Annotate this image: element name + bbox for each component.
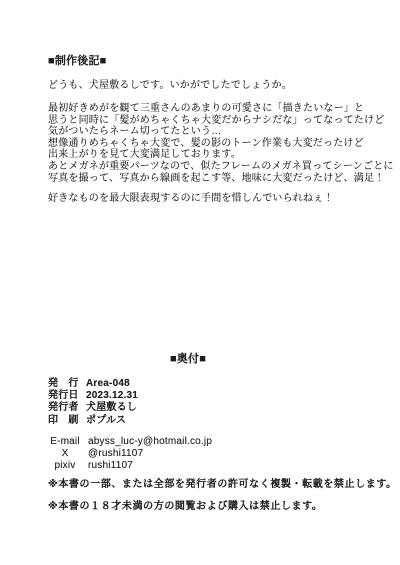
colophon-label: 発行日: [48, 390, 82, 402]
contact-row-email: E-mail abyss_luc-y@hotmail.co.jp: [48, 436, 212, 448]
contact-value-email: abyss_luc-y@hotmail.co.jp: [88, 436, 212, 448]
afterword-body-line: 最初好きめがを観て三重さんのあまりの可愛さに「描きたいなー」と: [48, 103, 394, 115]
colophon-contacts: E-mail abyss_luc-y@hotmail.co.jp X @rush…: [48, 436, 212, 473]
colophon-label: 発 行: [48, 378, 82, 390]
contact-label-pixiv: pixiv: [48, 460, 82, 472]
colophon-value: 犬屋敷るし: [86, 402, 137, 414]
afterword-body-line: あとメガネが重要パーツなので、似たフレームのメガネ買ってシーンごとに: [48, 161, 394, 173]
notice-no-reproduction: ※本書の一部、または全部を発行者の許可なく複製・転載を禁止します。: [48, 479, 397, 491]
contact-value-pixiv: rushi1107: [88, 460, 133, 472]
colophon-value: Area-048: [86, 378, 130, 390]
afterword-body-line: 想像通りめちゃくちゃ大変で、髪の影のトーン作業も大変だったけど: [48, 138, 394, 150]
afterword-closing-line: 好きなものを最大限表現するのに手間を惜しんでいられねぇ！: [48, 193, 334, 205]
colophon-section-title: ■奥付■: [0, 354, 376, 366]
colophon-value: ポプルス: [86, 415, 126, 427]
afterword-section-title: ■制作後記■: [48, 56, 107, 68]
afterword-greeting: どうも、犬屋敷るしです。いかがでしたでしょうか。: [48, 80, 292, 92]
scanned-afterword-page: ■制作後記■ どうも、犬屋敷るしです。いかがでしたでしょうか。 最初好きめがを観…: [0, 0, 400, 565]
afterword-body-line: 気がついたらネーム切ってたという…: [48, 126, 394, 138]
colophon-label: 印 刷: [48, 415, 82, 427]
contact-row-x: X @rushi1107: [48, 448, 212, 460]
colophon-value: 2023.12.31: [86, 390, 138, 402]
notice-age-restriction: ※本書の１８才未満の方の閲覧および購入は禁止します。: [48, 501, 323, 513]
colophon-row-printer: 印 刷 ポプルス: [48, 415, 138, 427]
colophon-label: 発行者: [48, 402, 82, 414]
colophon-row-publisher: 発 行 Area-048: [48, 378, 138, 390]
afterword-body: 最初好きめがを観て三重さんのあまりの可愛さに「描きたいなー」と 思うと同時に「髪…: [48, 103, 394, 184]
afterword-body-line: 写真を撮って、写真から線画を起こす等、地味に大変だったけど、満足！: [48, 173, 394, 185]
contact-label-x: X: [48, 448, 82, 460]
colophon-row-author: 発行者 犬屋敷るし: [48, 402, 138, 414]
afterword-body-line: 出来上がりを見て大変満足しております。: [48, 149, 394, 161]
colophon-row-publish-date: 発行日 2023.12.31: [48, 390, 138, 402]
colophon-entries: 発 行 Area-048 発行日 2023.12.31 発行者 犬屋敷るし 印 …: [48, 378, 138, 427]
contact-row-pixiv: pixiv rushi1107: [48, 460, 212, 472]
contact-label-email: E-mail: [48, 436, 82, 448]
contact-value-x: @rushi1107: [88, 448, 143, 460]
afterword-body-line: 思うと同時に「髪がめちゃくちゃ大変だからナシだな」ってなってたけど: [48, 115, 394, 127]
